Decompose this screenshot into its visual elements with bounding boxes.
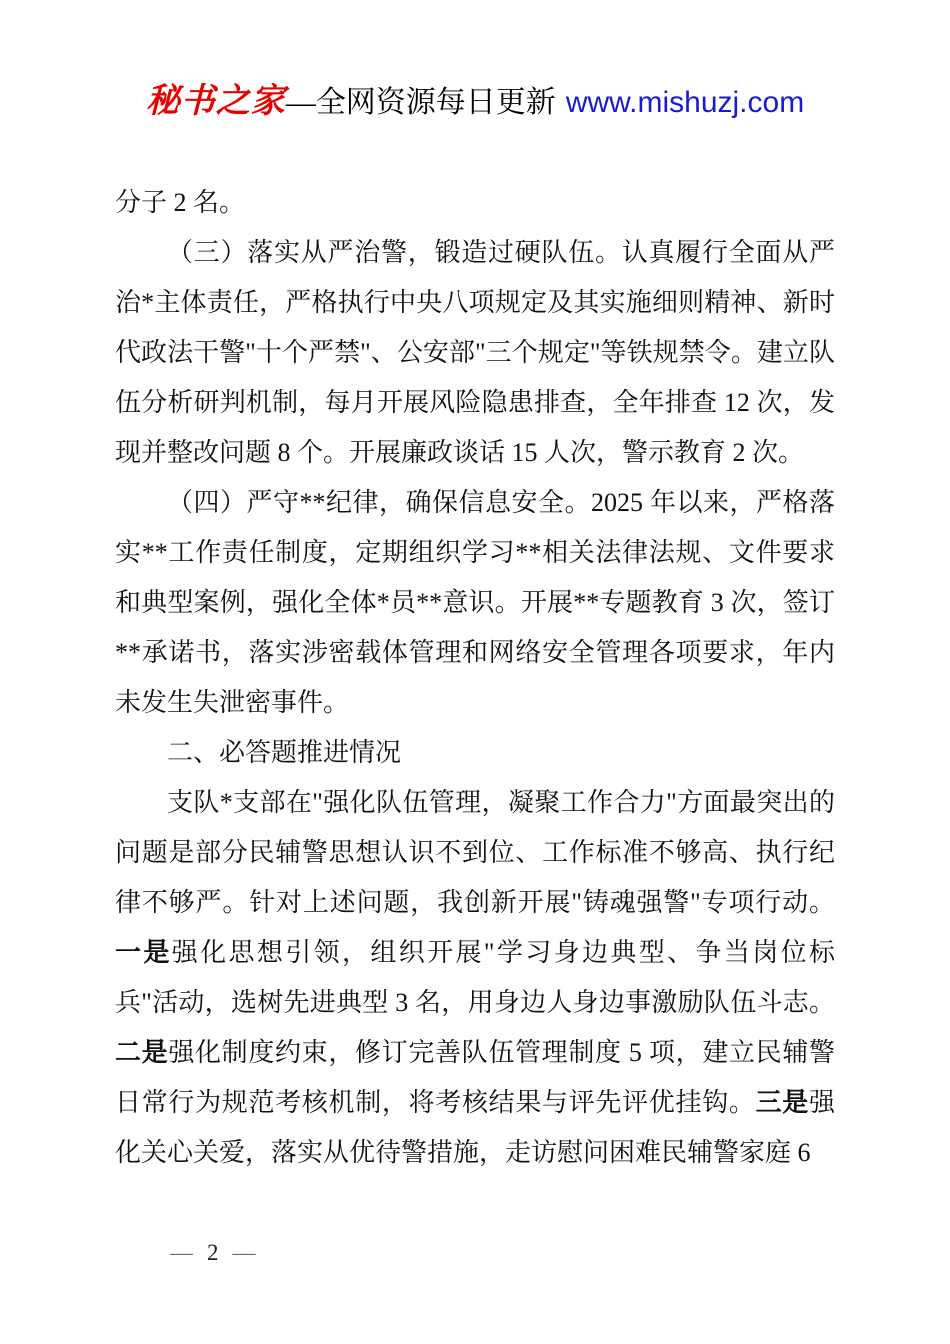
paragraph: （三）落实从严治警，锻造过硬队伍。认真履行全面从严治*主体责任，严格执行中央八项…	[115, 228, 835, 478]
site-url-link[interactable]: www.mishuzj.com	[566, 86, 804, 119]
bold-run: 三是	[756, 1088, 809, 1117]
document-page: 秘书之家—全网资源每日更新www.mishuzj.com 分子 2 名。（三）落…	[0, 0, 950, 1344]
bold-run: 一是	[115, 938, 172, 967]
document-body: 分子 2 名。（三）落实从严治警，锻造过硬队伍。认真履行全面从严治*主体责任，严…	[115, 178, 835, 1178]
text-run: 支队*支部在"强化队伍管理，凝聚工作合力"方面最突出的问题是部分民辅警思想认识不…	[115, 788, 835, 917]
text-run: （四）严守**纪律，确保信息安全。2025 年以来，严格落实**工作责任制度，定…	[115, 488, 835, 717]
footer-right-dash: —	[233, 1240, 256, 1265]
page-footer: —2—	[170, 1238, 256, 1268]
site-tagline: 全网资源每日更新	[316, 86, 556, 119]
section-heading: 二、必答题推进情况	[115, 728, 835, 778]
site-header: 秘书之家—全网资源每日更新www.mishuzj.com	[0, 80, 950, 125]
text-run: 二、必答题推进情况	[167, 738, 401, 767]
page-number: 2	[193, 1240, 233, 1265]
header-separator: —	[286, 86, 316, 119]
paragraph: （四）严守**纪律，确保信息安全。2025 年以来，严格落实**工作责任制度，定…	[115, 478, 835, 728]
text-run: 分子 2 名。	[115, 188, 245, 217]
text-run: 强化制度约束，修订完善队伍管理制度 5 项，建立民辅警日常行为规范考核机制，将考…	[115, 1038, 835, 1117]
paragraph: 分子 2 名。	[115, 178, 835, 228]
paragraph: 支队*支部在"强化队伍管理，凝聚工作合力"方面最突出的问题是部分民辅警思想认识不…	[115, 778, 835, 1178]
text-run: 强化思想引领，组织开展"学习身边典型、争当岗位标兵"活动，选树先进典型 3 名，…	[115, 938, 835, 1017]
text-run: （三）落实从严治警，锻造过硬队伍。认真履行全面从严治*主体责任，严格执行中央八项…	[115, 238, 835, 467]
site-brand-name: 秘书之家	[146, 83, 286, 120]
footer-left-dash: —	[170, 1240, 193, 1265]
bold-run: 二是	[115, 1038, 168, 1067]
